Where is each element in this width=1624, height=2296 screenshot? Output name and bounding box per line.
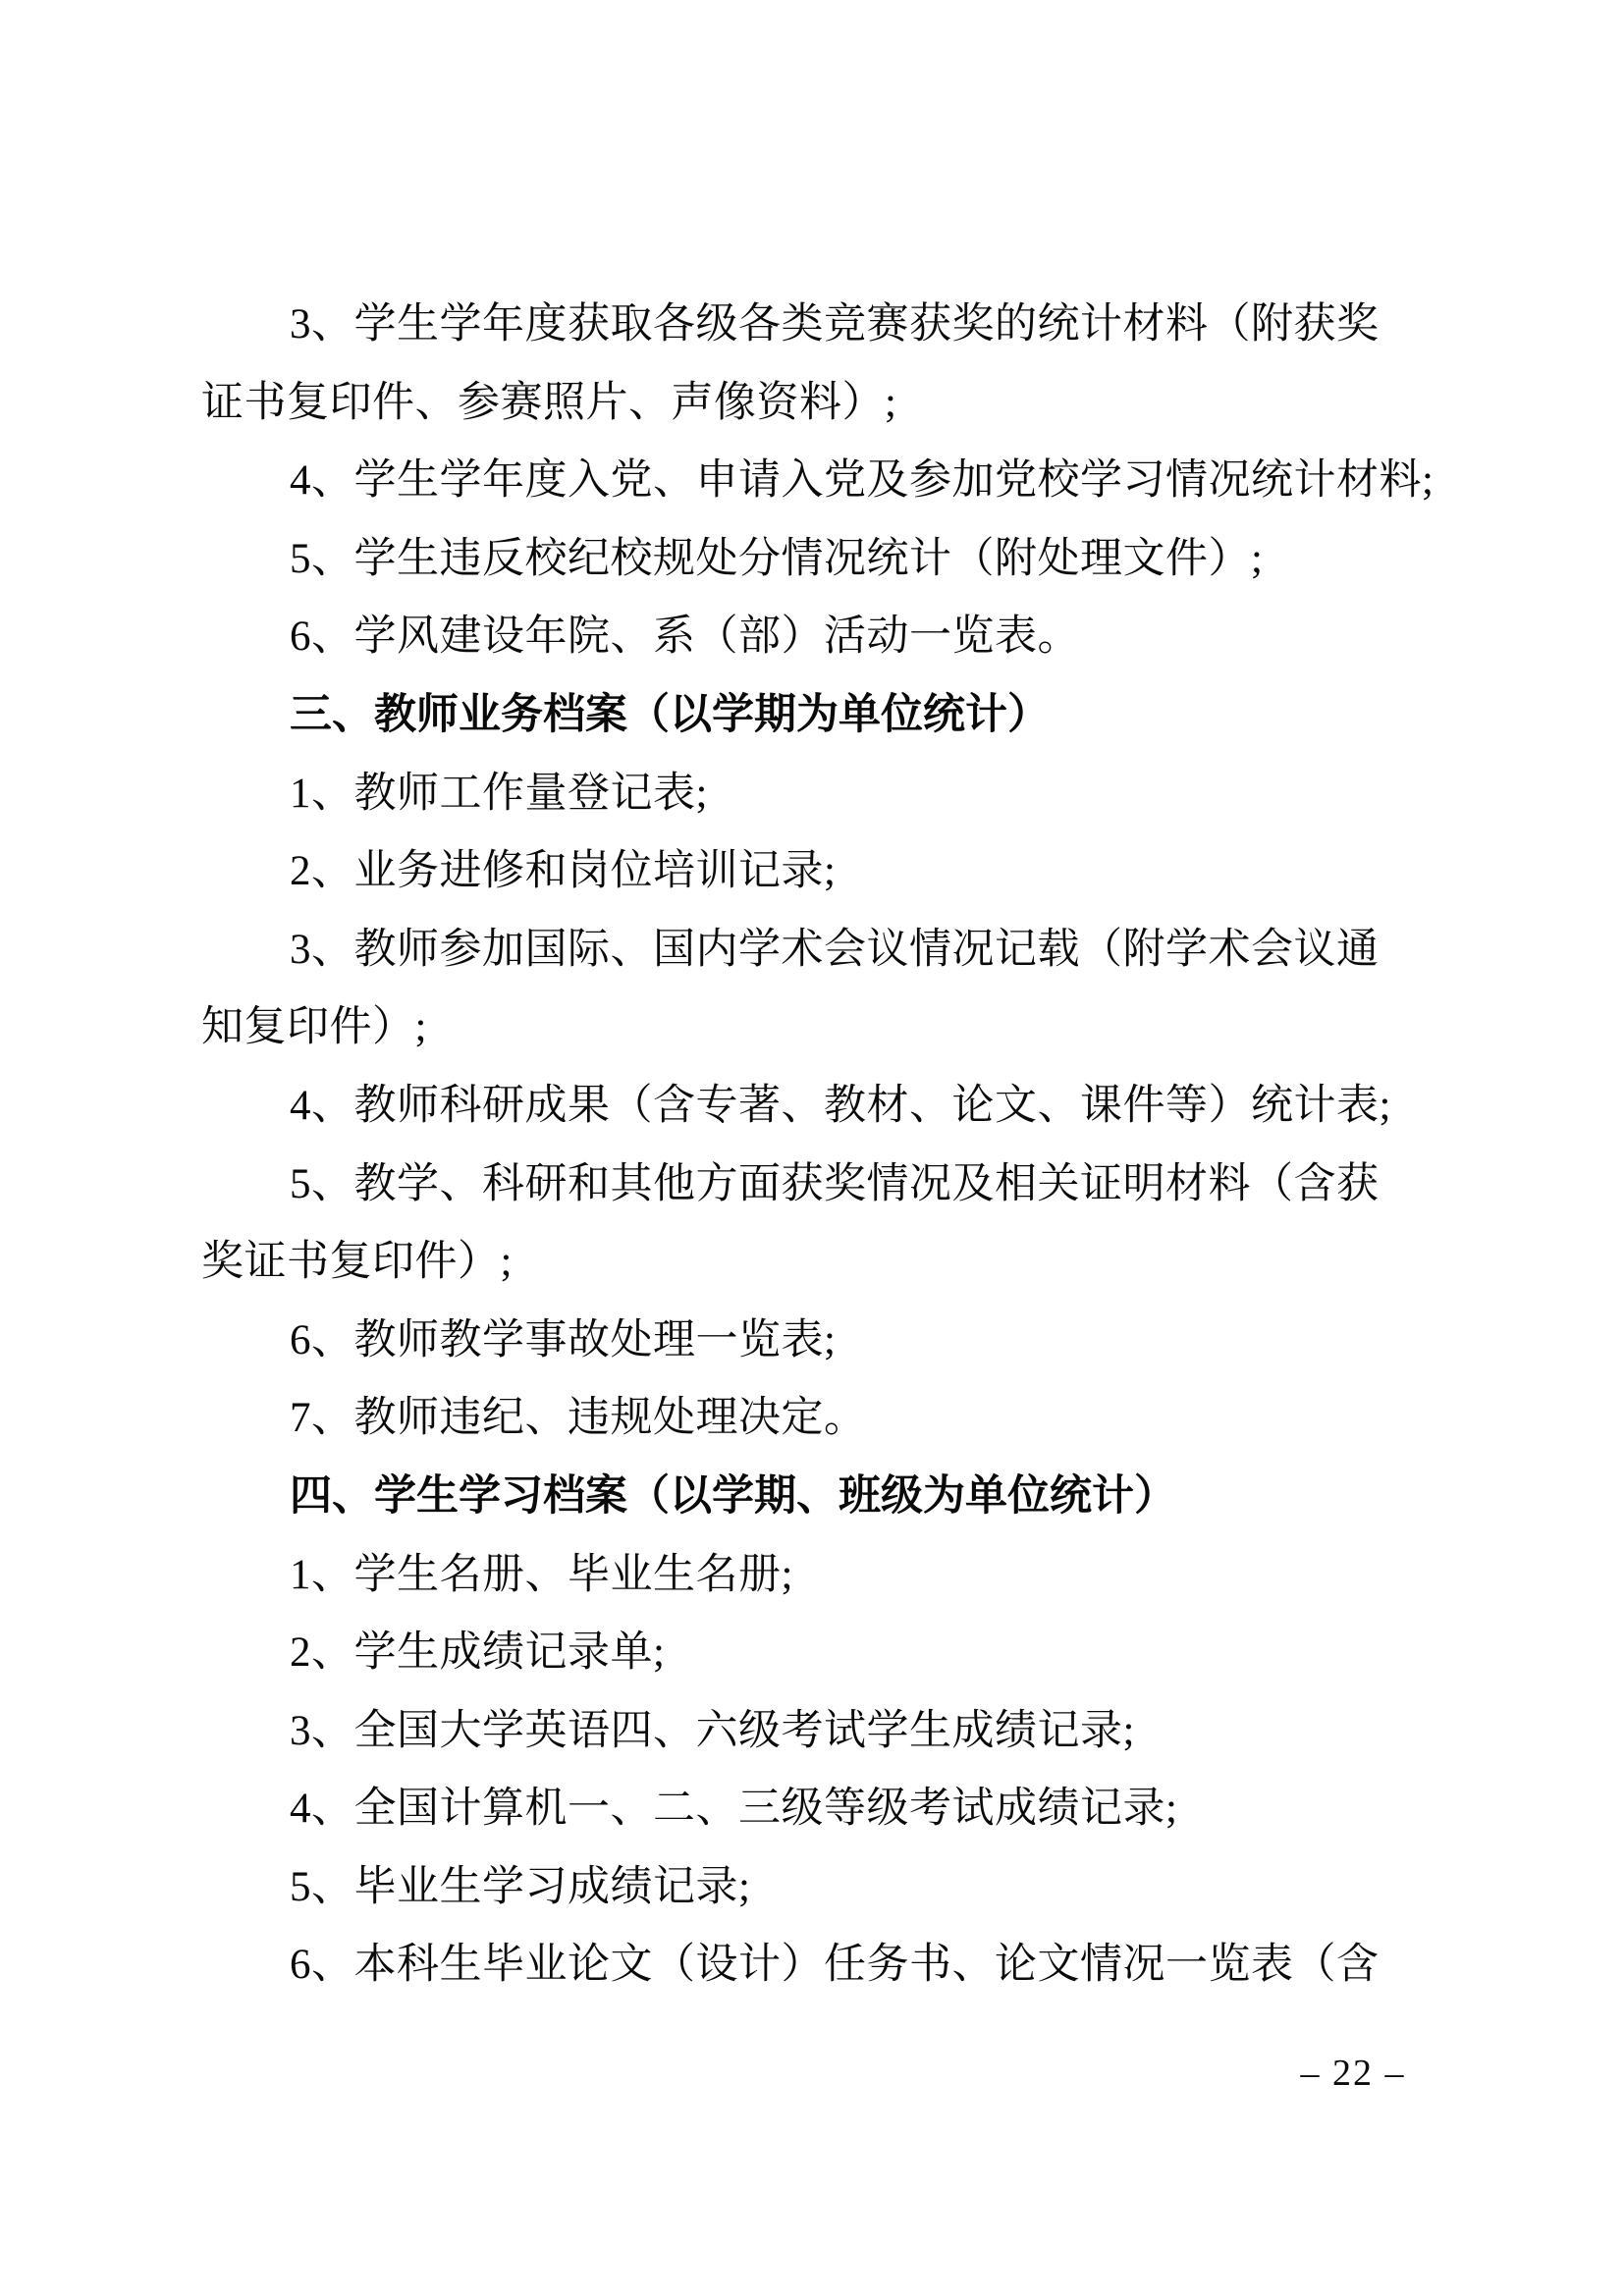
list-item: 6、本科生毕业论文（设计）任务书、论文情况一览表（含 bbox=[201, 1926, 1468, 2004]
list-item: 3、学生学年度获取各级各类竞赛获奖的统计材料（附获奖 bbox=[201, 286, 1468, 364]
list-item: 1、学生名册、毕业生名册; bbox=[201, 1536, 1468, 1615]
page-number: – 22 – bbox=[1284, 2052, 1422, 2095]
document-body: 3、学生学年度获取各级各类竞赛获奖的统计材料（附获奖 证书复印件、参赛照片、声像… bbox=[201, 286, 1468, 2004]
list-item: 5、教学、科研和其他方面获奖情况及相关证明材料（含获 bbox=[201, 1146, 1468, 1224]
list-item-continuation: 奖证书复印件）; bbox=[201, 1223, 1468, 1302]
list-item: 3、教师参加国际、国内学术会议情况记载（附学术会议通 bbox=[201, 911, 1468, 989]
list-item-continuation: 知复印件）; bbox=[201, 988, 1468, 1067]
list-item: 7、教师违纪、违规处理决定。 bbox=[201, 1379, 1468, 1458]
section-heading-teacher-archive: 三、教师业务档案（以学期为单位统计） bbox=[201, 676, 1468, 755]
document-page: 3、学生学年度获取各级各类竞赛获奖的统计材料（附获奖 证书复印件、参赛照片、声像… bbox=[0, 0, 1624, 2296]
list-item: 6、学风建设年院、系（部）活动一览表。 bbox=[201, 598, 1468, 676]
list-item: 5、毕业生学习成绩记录; bbox=[201, 1848, 1468, 1927]
list-item: 4、教师科研成果（含专著、教材、论文、课件等）统计表; bbox=[201, 1067, 1468, 1146]
list-item: 4、学生学年度入党、申请入党及参加党校学习情况统计材料; bbox=[201, 442, 1468, 520]
list-item: 2、学生成绩记录单; bbox=[201, 1614, 1468, 1692]
list-item: 2、业务进修和岗位培训记录; bbox=[201, 832, 1468, 911]
list-item: 4、全国计算机一、二、三级等级考试成绩记录; bbox=[201, 1770, 1468, 1848]
list-item: 5、学生违反校纪校规处分情况统计（附处理文件）; bbox=[201, 520, 1468, 599]
list-item: 6、教师教学事故处理一览表; bbox=[201, 1302, 1468, 1380]
section-heading-student-study-archive: 四、学生学习档案（以学期、班级为单位统计） bbox=[201, 1458, 1468, 1536]
list-item: 3、全国大学英语四、六级考试学生成绩记录; bbox=[201, 1692, 1468, 1771]
list-item: 1、教师工作量登记表; bbox=[201, 755, 1468, 833]
list-item-continuation: 证书复印件、参赛照片、声像资料）; bbox=[201, 364, 1468, 443]
